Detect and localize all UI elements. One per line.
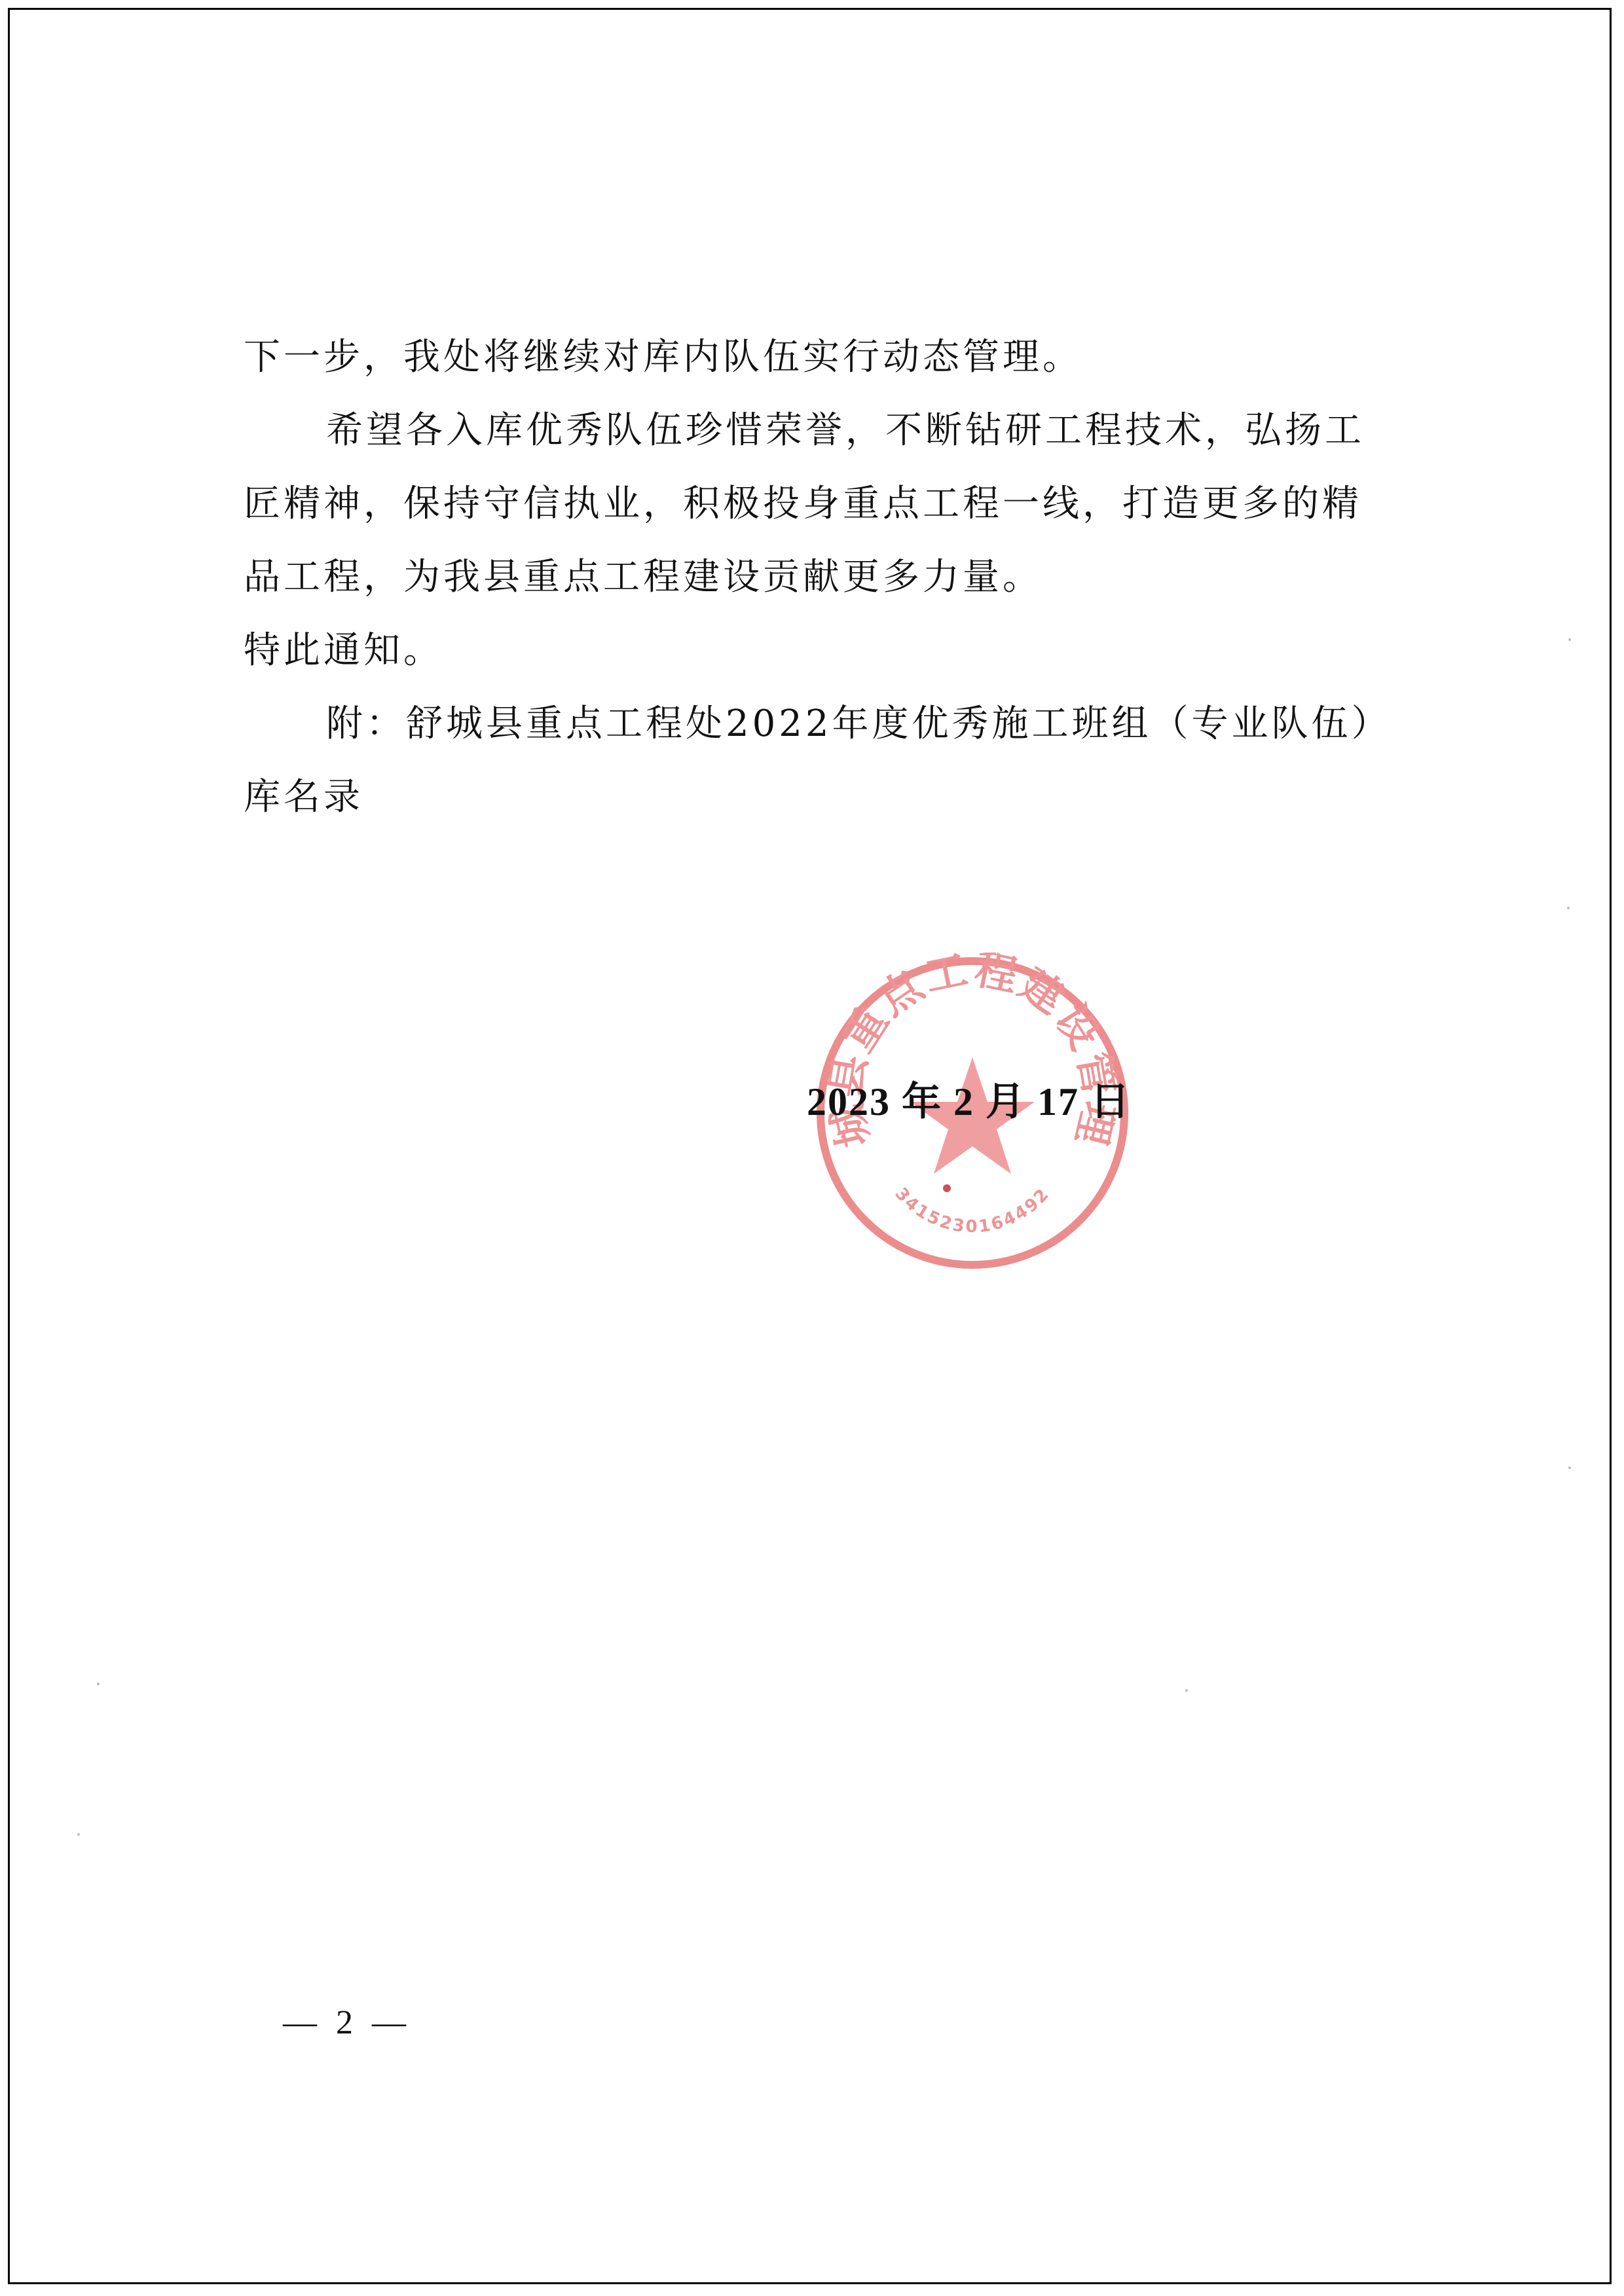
paragraph-attachment: 附：舒城县重点工程处2022年度优秀施工班组（专业队伍）库名录	[244, 687, 1396, 834]
paragraph-notice: 特此通知。	[244, 614, 1396, 687]
scan-speck	[1568, 638, 1571, 641]
svg-text:3415230164492: 3415230164492	[891, 1184, 1054, 1237]
scan-speck	[1185, 1689, 1188, 1692]
scan-speck	[77, 1833, 80, 1836]
scan-speck	[97, 1683, 100, 1685]
issue-date: 2023 年 2 月 17 日	[807, 1070, 1131, 1127]
paragraph-hope: 希望各入库优秀队伍珍惜荣誉，不断钻研工程技术，弘扬工匠精神，保持守信执业，积极投…	[244, 394, 1396, 614]
page-number: — 2 —	[283, 2003, 411, 2042]
paragraph-next-step: 下一步，我处将继续对库内队伍实行动态管理。	[244, 321, 1396, 394]
scan-speck	[1568, 1467, 1571, 1469]
scan-speck	[1567, 907, 1570, 909]
document-body: 下一步，我处将继续对库内队伍实行动态管理。 希望各入库优秀队伍珍惜荣誉，不断钻研…	[244, 321, 1396, 834]
